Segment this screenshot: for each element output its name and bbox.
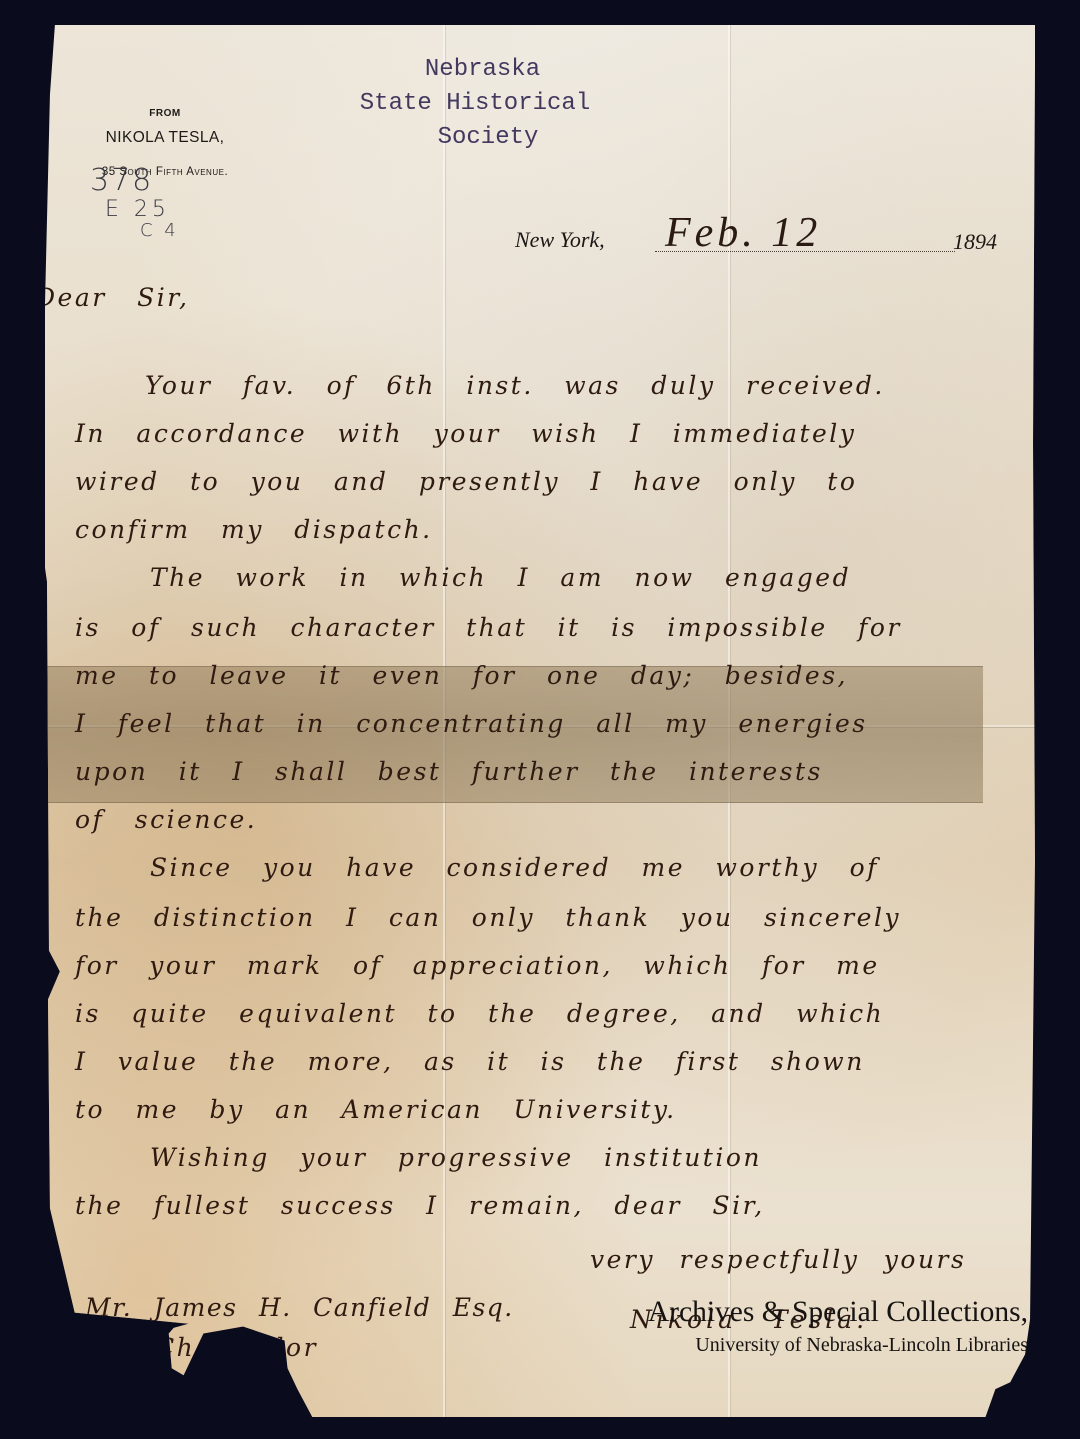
letter-closing: very respectfully yours bbox=[590, 1245, 966, 1274]
pencil-note-line1: 378 bbox=[90, 163, 153, 198]
letter-line: the distinction I can only thank you sin… bbox=[75, 903, 901, 932]
letter-line: for your mark of appreciation, which for… bbox=[75, 951, 880, 980]
stamp-line1: Nebraska bbox=[320, 53, 645, 87]
salutation: Dear Sir, bbox=[35, 283, 189, 312]
letter-line: to me by an American University. bbox=[75, 1095, 677, 1124]
letter-line: Since you have considered me worthy of bbox=[150, 853, 879, 882]
letter-line: of science. bbox=[75, 805, 257, 834]
historical-society-stamp: Nebraska State Historical Society bbox=[345, 53, 645, 155]
letter-line: upon it I shall best further the interes… bbox=[75, 757, 823, 786]
letter-line: In accordance with your wish I immediate… bbox=[75, 419, 856, 448]
dateline-date: Feb. 12 bbox=[665, 209, 821, 257]
dateline-year: 1894 bbox=[953, 229, 997, 255]
letter-paper: FROM NIKOLA TESLA, 35 South Fifth Avenue… bbox=[45, 25, 1035, 1417]
archive-credit-institution: University of Nebraska-Lincoln Libraries bbox=[695, 1334, 1028, 1357]
pencil-note-line2: E 25 bbox=[105, 197, 170, 222]
letter-line: is of such character that it is impossib… bbox=[75, 613, 902, 642]
pencil-note-line3: C 4 bbox=[140, 220, 179, 241]
dateline-city: New York, bbox=[515, 227, 605, 253]
letter-line: confirm my dispatch. bbox=[75, 515, 433, 544]
recipient-title: Chancellor bbox=[155, 1333, 318, 1362]
letter-line: I feel that in concentrating all my ener… bbox=[75, 709, 868, 738]
letter-line: is quite equivalent to the degree, and w… bbox=[75, 999, 884, 1028]
letter-line: Your fav. of 6th inst. was duly received… bbox=[145, 371, 885, 400]
stamp-line2: State Historical bbox=[305, 87, 645, 121]
letter-line: wired to you and presently I have only t… bbox=[75, 467, 857, 496]
stamp-line3: Society bbox=[331, 121, 645, 155]
letter-line: the fullest success I remain, dear Sir, bbox=[75, 1191, 765, 1220]
letterhead-sender-name: NIKOLA TESLA, bbox=[65, 129, 265, 147]
letterhead-from: FROM bbox=[100, 108, 230, 119]
letter-line: I value the more, as it is the first sho… bbox=[75, 1047, 865, 1076]
letter-line: Wishing your progressive institution bbox=[150, 1143, 762, 1172]
letter-line: The work in which I am now engaged bbox=[150, 563, 851, 592]
scan-background: FROM NIKOLA TESLA, 35 South Fifth Avenue… bbox=[0, 0, 1080, 1439]
letterhead-address: 35 South Fifth Avenue. bbox=[30, 166, 300, 178]
dateline: New York, Feb. 12 1894 bbox=[515, 225, 1035, 285]
archive-credit-title: Archives & Special Collections, bbox=[648, 1296, 1028, 1329]
recipient-name: Mr. James H. Canfield Esq. bbox=[85, 1293, 514, 1322]
letter-line: me to leave it even for one day; besides… bbox=[75, 661, 848, 690]
